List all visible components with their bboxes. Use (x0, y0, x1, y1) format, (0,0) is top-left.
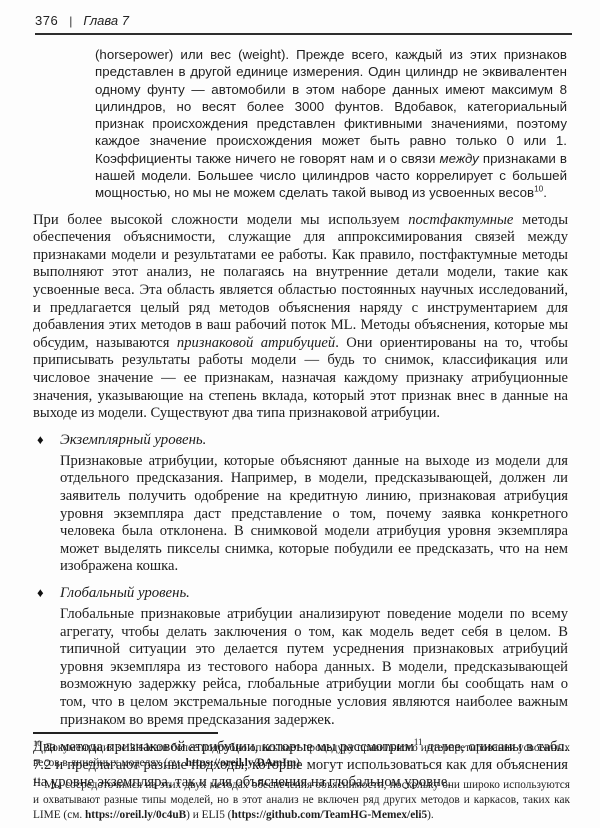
bullet-list: ♦ Экземплярный уровень. Признаковые атри… (0, 432, 600, 729)
diamond-bullet-icon: ♦ (37, 585, 60, 601)
bullet-item-global-level: ♦ Глобальный уровень. Глобальные признак… (37, 585, 568, 729)
bullet-heading: Экземплярный уровень. (60, 432, 206, 449)
footnote-marker: 11 (33, 775, 41, 785)
bullet-body: Глобальные признаковые атрибуции анализи… (60, 606, 568, 729)
bullet-head: ♦ Глобальный уровень. (37, 585, 568, 602)
chapter-title: Глава 7 (83, 13, 129, 28)
footnote-area: 10Документация scikit-learn более подроб… (0, 732, 600, 823)
book-page: 376 | Глава 7 (horsepower) или вес (weig… (0, 0, 600, 828)
bullet-item-instance-level: ♦ Экземплярный уровень. Признаковые атри… (37, 432, 568, 576)
bullet-heading: Глобальный уровень. (60, 585, 190, 602)
diamond-bullet-icon: ♦ (37, 432, 60, 448)
running-head: 376 | Глава 7 (35, 13, 572, 35)
footnote-separator (33, 732, 218, 734)
footnote-11: 11Мы сосредоточимся на этих двух методах… (33, 778, 570, 823)
header-divider: | (69, 14, 72, 28)
bullet-head: ♦ Экземплярный уровень. (37, 432, 568, 449)
paragraph-posthoc-methods: При более высокой сложности модели мы ис… (33, 212, 568, 423)
footnote-text: Документация scikit-learn более подробно… (33, 742, 570, 769)
footnote-10: 10Документация scikit-learn более подроб… (33, 741, 570, 771)
bullet-body: Признаковые атрибуции, которые объясняют… (60, 453, 568, 576)
page-number: 376 (35, 13, 58, 28)
footnote-text: Мы сосредоточимся на этих двух методах о… (33, 779, 570, 821)
footnote-marker: 10 (33, 738, 42, 748)
intro-continuation-paragraph: (horsepower) или вес (weight). Прежде вс… (95, 46, 567, 202)
